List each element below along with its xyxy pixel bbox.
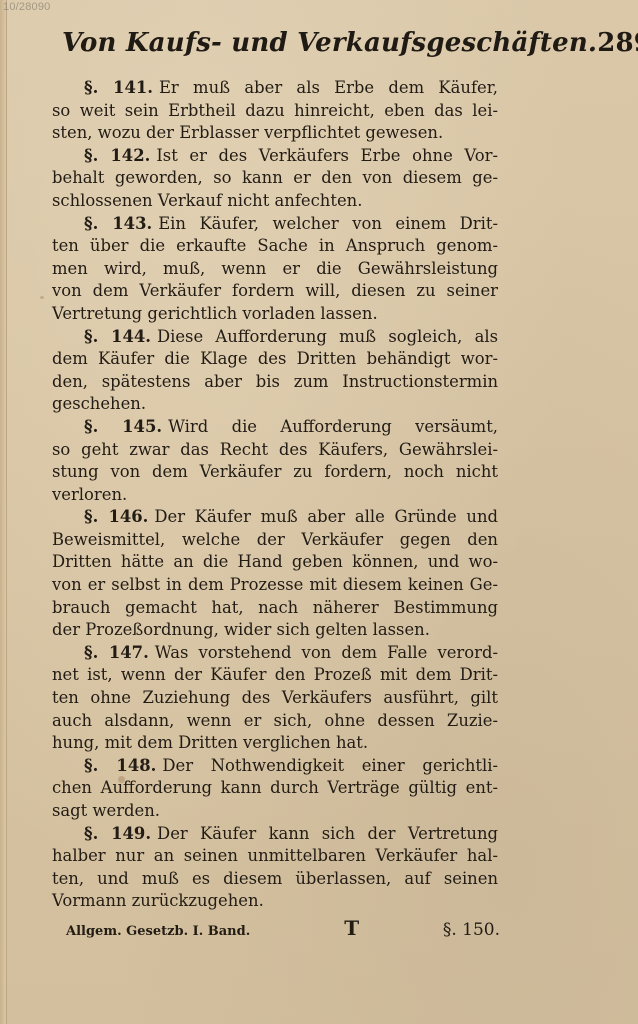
text-line: Dritten hätte an die Hand geben können, … xyxy=(52,551,498,574)
section-149: §. 149.Der Käufer kann sich der Vertretu… xyxy=(52,823,498,913)
running-head-title: Von Kaufs- und Verkaufsgeschäften. xyxy=(62,28,597,58)
section-143: §. 143.Ein Käufer, welcher von einem Dri… xyxy=(52,213,498,326)
section-number: §. 146. xyxy=(84,507,148,526)
section-number: §. 143. xyxy=(84,214,152,233)
catchword: §. 150. xyxy=(443,920,500,940)
text-line: behalt geworden, so kann er den von dies… xyxy=(52,167,498,190)
text-line: verloren. xyxy=(52,484,498,507)
section-number: §. 141. xyxy=(84,78,153,97)
text-line: halber nur an seinen unmittelbaren Verkä… xyxy=(52,845,498,868)
section-145: §. 145.Wird die Aufforderung versäumt, s… xyxy=(52,416,498,506)
catalog-stamp: 10/28090 xyxy=(3,1,50,13)
text-line: stung von dem Verkäufer zu fordern, noch… xyxy=(52,461,498,484)
signature-note: Allgem. Gesetzb. I. Band. xyxy=(66,924,250,939)
text-line: Beweismittel, welche der Verkäufer gegen… xyxy=(52,529,498,552)
text-line: ten über die erkaufte Sache in Anspruch … xyxy=(52,235,498,258)
text-line: §. 148.Der Nothwendigkeit einer gerichtl… xyxy=(52,755,498,778)
section-148: §. 148.Der Nothwendigkeit einer gerichtl… xyxy=(52,755,498,823)
section-142: §. 142.Ist er des Verkäufers Erbe ohne V… xyxy=(52,145,498,213)
text-line: §. 149.Der Käufer kann sich der Vertretu… xyxy=(52,823,498,846)
text-line: dem Käufer die Klage des Dritten behändi… xyxy=(52,348,498,371)
text-line: §. 144.Diese Aufforderung muß sogleich, … xyxy=(52,326,498,349)
page-footer: Allgem. Gesetzb. I. Band. T §. 150. xyxy=(52,916,500,940)
running-head: Von Kaufs- und Verkaufsgeschäften. 289 xyxy=(62,28,502,58)
text-line: auch alsdann, wenn er sich, ohne dessen … xyxy=(52,710,498,733)
text-line: chen Aufforderung kann durch Verträge gü… xyxy=(52,777,498,800)
text-line: §. 142.Ist er des Verkäufers Erbe ohne V… xyxy=(52,145,498,168)
text-line: ten ohne Zuziehung des Verkäufers ausfüh… xyxy=(52,687,498,710)
text-line: sagt werden. xyxy=(52,800,498,823)
text-line: brauch gemacht hat, nach näherer Bestimm… xyxy=(52,597,498,620)
text-line: §. 141.Er muß aber als Erbe dem Käufer, xyxy=(52,77,498,100)
text-line: von dem Verkäufer fordern will, diesen z… xyxy=(52,280,498,303)
text-line: den, spätestens aber bis zum Instruction… xyxy=(52,371,498,394)
page-gutter-edge xyxy=(0,0,7,1024)
text-line: §. 147.Was vorstehend von dem Falle vero… xyxy=(52,642,498,665)
section-147: §. 147.Was vorstehend von dem Falle vero… xyxy=(52,642,498,755)
section-141: §. 141.Er muß aber als Erbe dem Käufer, … xyxy=(52,77,498,145)
section-number: §. 149. xyxy=(84,824,151,843)
section-144: §. 144.Diese Aufforderung muß sogleich, … xyxy=(52,326,498,416)
section-number: §. 144. xyxy=(84,327,151,346)
text-line: sten, wozu der Erblasser verpflichtet ge… xyxy=(52,122,498,145)
text-line: geschehen. xyxy=(52,393,498,416)
text-line: Vormann zurückzugehen. xyxy=(52,890,498,913)
text-line: der Prozeßordnung, wider sich gelten las… xyxy=(52,619,498,642)
text-line: ten, und muß es diesem überlassen, auf s… xyxy=(52,868,498,891)
section-number: §. 147. xyxy=(84,643,149,662)
text-line: schlossenen Verkauf nicht anfechten. xyxy=(52,190,498,213)
section-number: §. 142. xyxy=(84,146,150,165)
text-line: net ist, wenn der Käufer den Prozeß mit … xyxy=(52,664,498,687)
section-146: §. 146.Der Käufer muß aber alle Gründe u… xyxy=(52,506,498,642)
section-number: §. 145. xyxy=(84,417,162,436)
signature-mark: T xyxy=(344,916,359,940)
text-line: §. 145.Wird die Aufforderung versäumt, xyxy=(52,416,498,439)
body-text: §. 141.Er muß aber als Erbe dem Käufer, … xyxy=(52,77,498,913)
text-line: so geht zwar das Recht des Käufers, Gewä… xyxy=(52,439,498,462)
foxing-spot xyxy=(40,296,44,299)
text-line: §. 146.Der Käufer muß aber alle Gründe u… xyxy=(52,506,498,529)
text-line: §. 143.Ein Käufer, welcher von einem Dri… xyxy=(52,213,498,236)
section-number: §. 148. xyxy=(84,756,156,775)
page-number: 289 xyxy=(597,28,638,58)
text-line: Vertretung gerichtlich vorladen lassen. xyxy=(52,303,498,326)
text-line: von er selbst in dem Prozesse mit diesem… xyxy=(52,574,498,597)
text-line: so weit sein Erbtheil dazu hinreicht, eb… xyxy=(52,100,498,123)
text-line: men wird, muß, wenn er die Gewährsleistu… xyxy=(52,258,498,281)
text-line: hung, mit dem Dritten verglichen hat. xyxy=(52,732,498,755)
book-page: 10/28090 Von Kaufs- und Verkaufsgeschäft… xyxy=(0,0,638,1024)
